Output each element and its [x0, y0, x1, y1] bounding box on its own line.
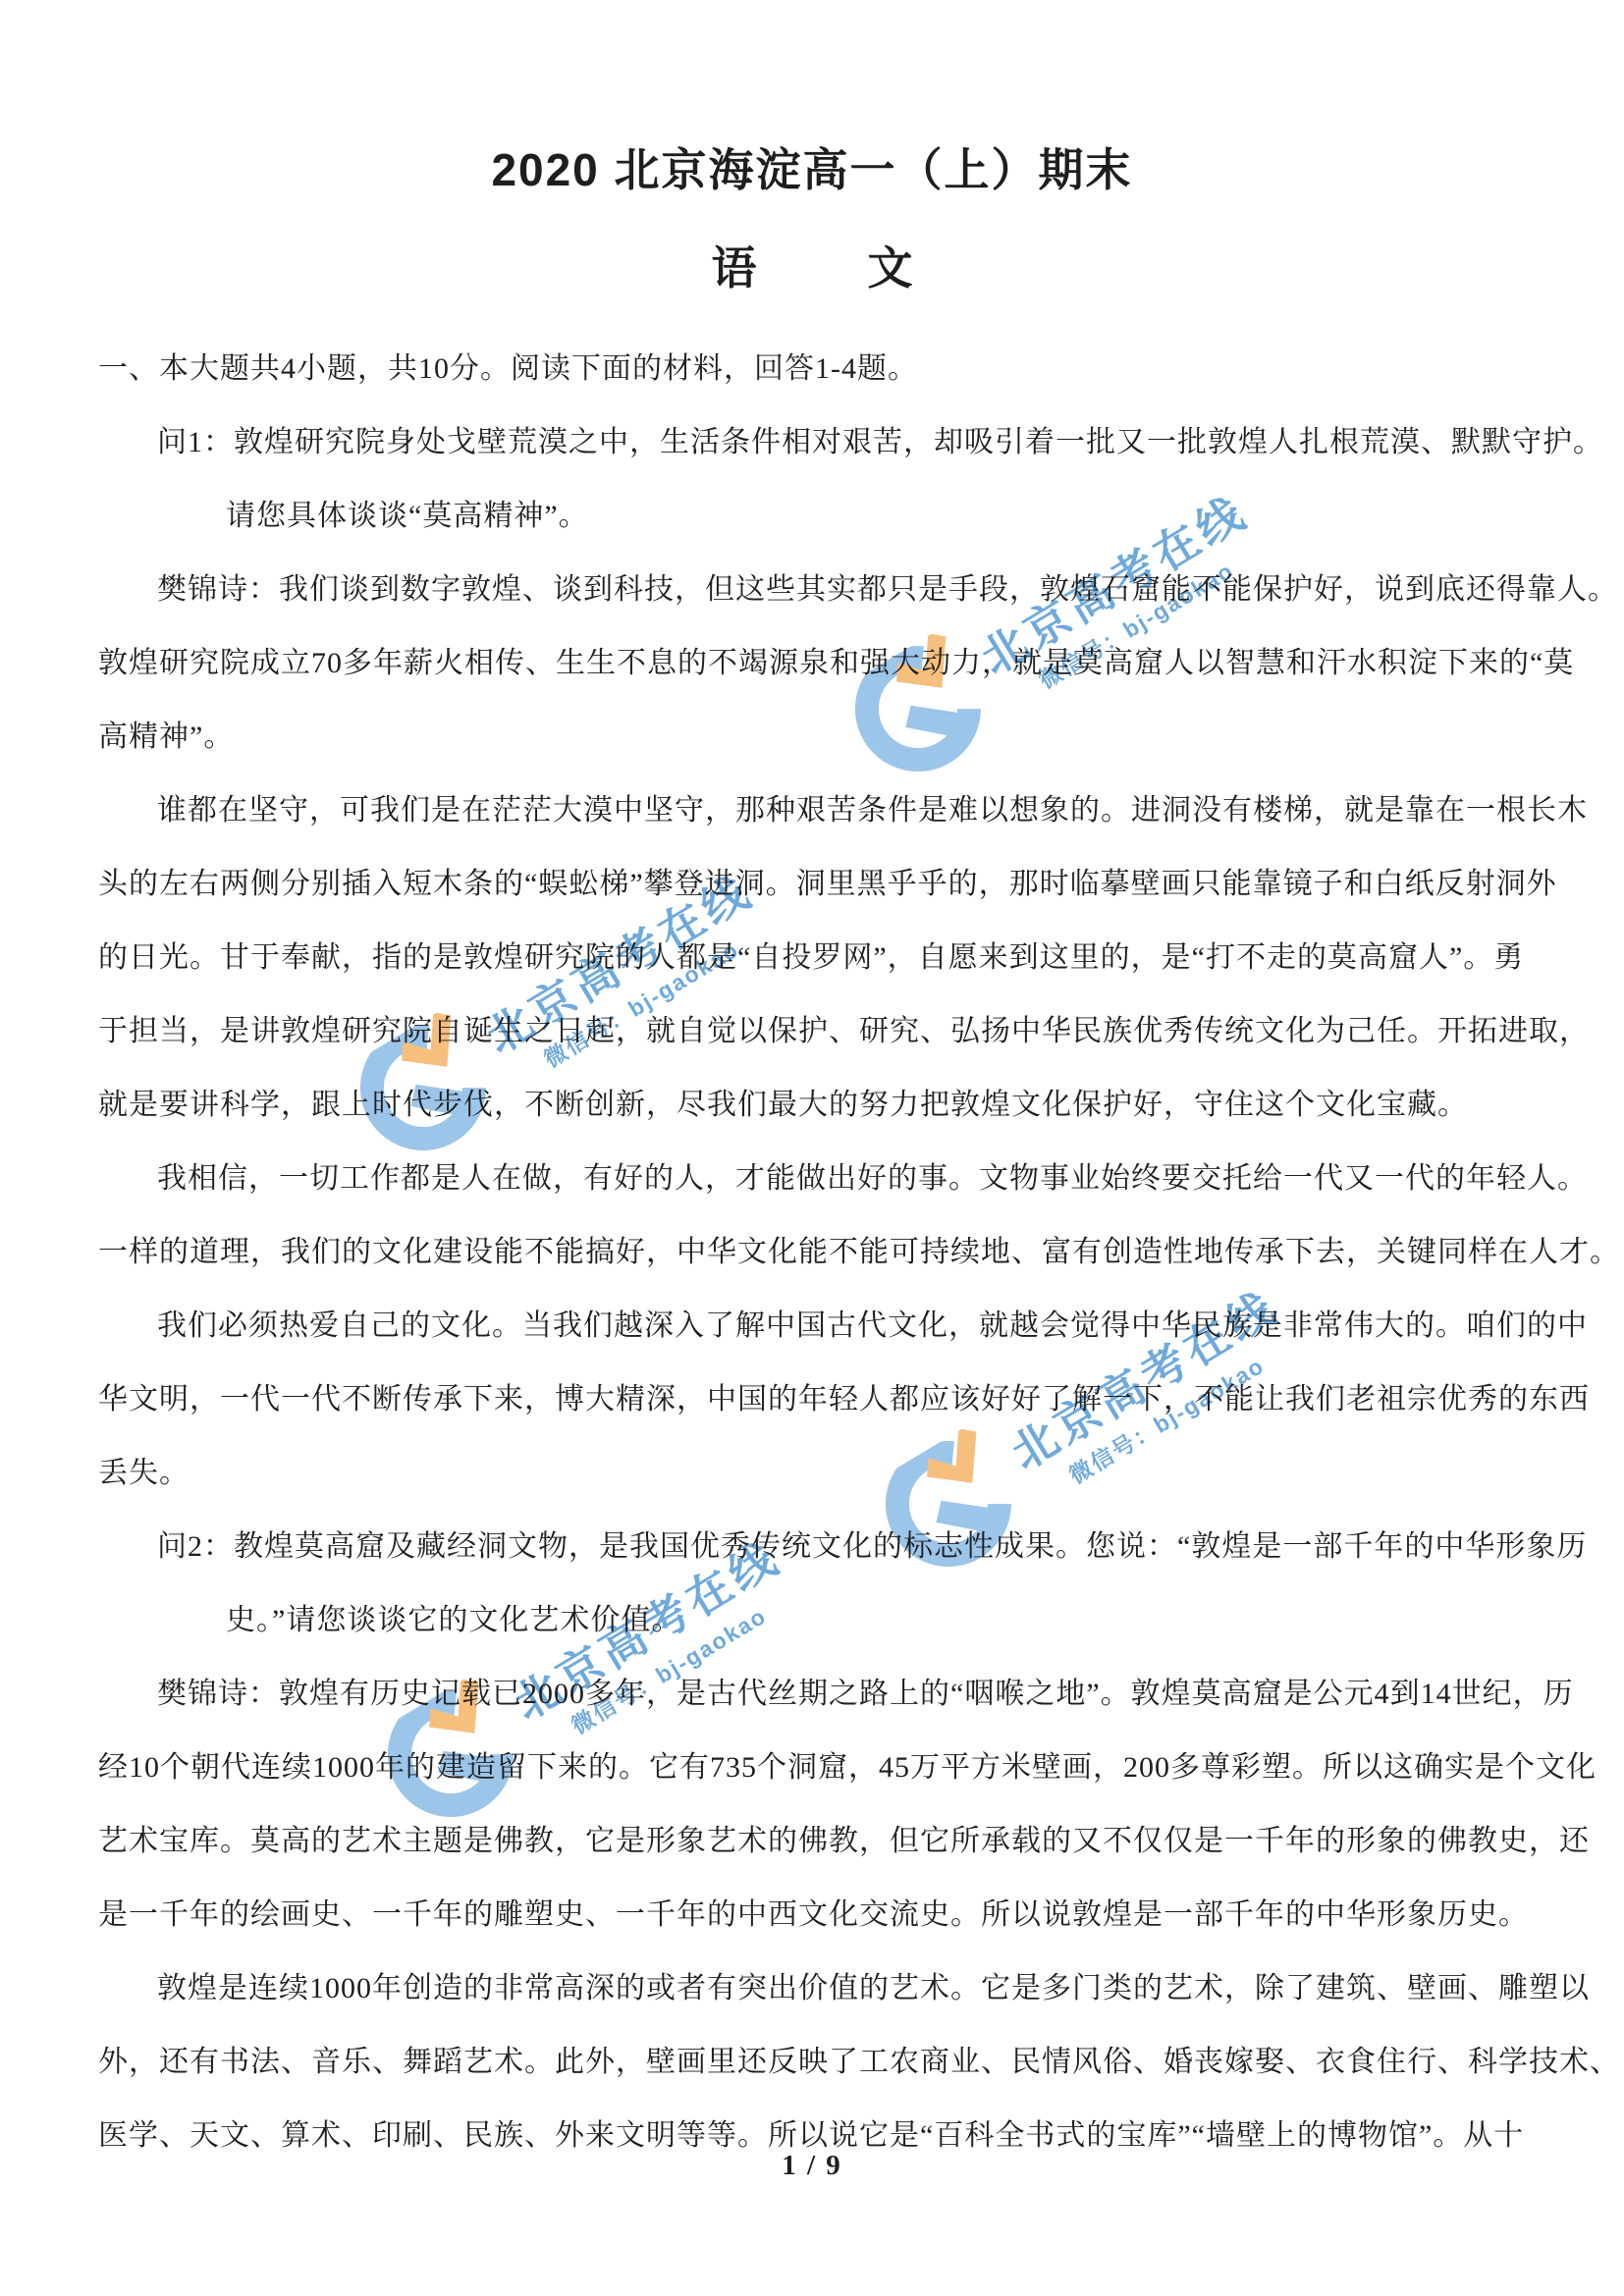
- text-line: 是一千年的绘画史、一千年的雕塑史、一千年的中西文化交流史。所以说敦煌是一部千年的…: [98, 1878, 1563, 1951]
- text-line: 问2：教煌莫高窟及藏经洞文物，是我国优秀传统文化的标志性成果。您说：“敦煌是一部…: [98, 1510, 1563, 1583]
- text-line: 我相信，一切工作都是人在做，有好的人，才能做出好的事。文物事业始终要交托给一代又…: [98, 1142, 1563, 1215]
- text-line: 头的左右两侧分别插入短木条的“蜈蚣梯”攀登进洞。洞里黑乎乎的，那时临摹壁画只能靠…: [98, 847, 1563, 921]
- text-line: 史。”请您谈谈它的文化艺术价值。: [98, 1583, 1563, 1657]
- text-line: 请您具体谈谈“莫高精神”。: [98, 479, 1563, 553]
- exam-document-page: 北京高考在线 微信号：bj-gaokao 北京高考在线 微信号：bj-gaoka…: [0, 0, 1624, 2296]
- text-line: 华文明，一代一代不断传承下来，博大精深，中国的年轻人都应该好好了解一下，不能让我…: [98, 1362, 1563, 1436]
- text-line: 丢失。: [98, 1436, 1563, 1510]
- text-line: 经10个朝代连续1000年的建造留下来的。它有735个洞窟，45万平方米壁画，2…: [98, 1731, 1563, 1804]
- text-line: 一、本大题共4小题，共10分。阅读下面的材料，回答1-4题。: [98, 332, 1563, 405]
- page-number: 1 / 9: [0, 2148, 1624, 2183]
- text-line: 我们必须热爱自己的文化。当我们越深入了解中国古代文化，就越会觉得中华民族是非常伟…: [98, 1289, 1563, 1362]
- exam-title: 2020 北京海淀高一（上）期末: [0, 143, 1624, 196]
- text-line: 一样的道理，我们的文化建设能不能搞好，中华文化能不能可持续地、富有创造性地传承下…: [98, 1215, 1563, 1289]
- text-line: 艺术宝库。莫高的艺术主题是佛教，它是形象艺术的佛教，但它所承载的又不仅仅是一千年…: [98, 1804, 1563, 1878]
- document-body: 一、本大题共4小题，共10分。阅读下面的材料，回答1-4题。问1：敦煌研究院身处…: [98, 332, 1563, 2172]
- subject-char-right: 文: [868, 241, 913, 294]
- text-line: 樊锦诗：敦煌有历史记载已2000多年，是古代丝期之路上的“咽喉之地”。敦煌莫高窟…: [98, 1657, 1563, 1731]
- text-line: 高精神”。: [98, 700, 1563, 774]
- text-line: 樊锦诗：我们谈到数字敦煌、谈到科技，但这些其实都只是手段，敦煌石窟能不能保护好，…: [98, 553, 1563, 626]
- text-line: 敦煌研究院成立70多年薪火相传、生生不息的不竭源泉和强大动力，就是莫高窟人以智慧…: [98, 626, 1563, 700]
- text-line: 谁都在坚守，可我们是在茫茫大漠中坚守，那种艰苦条件是难以想象的。进洞没有楼梯，就…: [98, 774, 1563, 847]
- text-line: 外，还有书法、音乐、舞蹈艺术。此外，壁画里还反映了工农商业、民情风俗、婚丧嫁娶、…: [98, 2025, 1563, 2099]
- text-line: 就是要讲科学，跟上时代步伐，不断创新，尽我们最大的努力把敦煌文化保护好，守住这个…: [98, 1068, 1563, 1142]
- text-line: 的日光。甘于奉献，指的是敦煌研究院的人都是“自投罗网”，自愿来到这里的，是“打不…: [98, 921, 1563, 994]
- text-line: 敦煌是连续1000年创造的非常高深的或者有突出价值的艺术。它是多门类的艺术，除了…: [98, 1951, 1563, 2025]
- subject-char-left: 语: [712, 241, 757, 294]
- text-line: 问1：敦煌研究院身处戈壁荒漠之中，生活条件相对艰苦，却吸引着一批又一批敦煌人扎根…: [98, 405, 1563, 479]
- text-line: 于担当，是讲敦煌研究院自诞生之日起，就自觉以保护、研究、弘扬中华民族优秀传统文化…: [98, 994, 1563, 1068]
- subject-title: 语 文: [0, 241, 1624, 294]
